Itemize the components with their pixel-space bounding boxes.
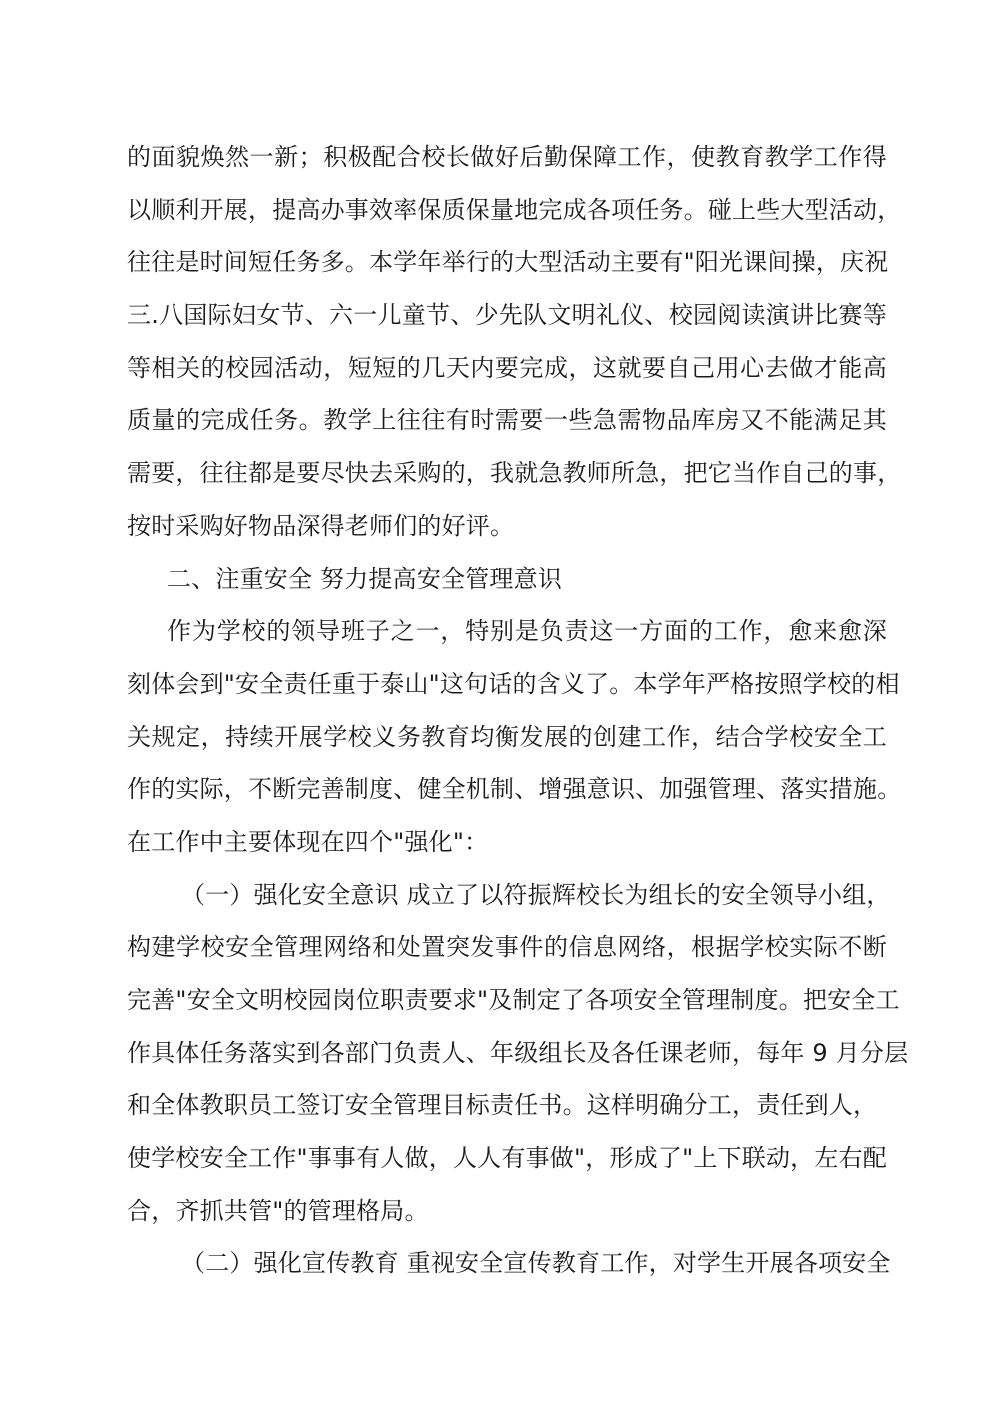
text-line: 等相关的校园活动，短短的几天内要完成，这就要自己用心去做才能高 [127, 342, 887, 395]
text-line: 作具体任务落实到各部门负责人、年级组长及各任课老师，每年 9 月分层 [127, 1027, 887, 1080]
text-line: 在工作中主要体现在四个"强化"： [127, 816, 887, 869]
text-line: 刻体会到"安全责任重于泰山"这句话的含义了。本学年严格按照学校的相 [127, 658, 887, 711]
paragraph-logistics: 的面貌焕然一新；积极配合校长做好后勤保障工作，使教育教学工作得 以顺利开展，提高… [127, 131, 887, 553]
section-heading: 二、注重安全 努力提高安全管理意识 [127, 553, 887, 606]
text-line: 和全体教职员工签订安全管理目标责任书。这样明确分工，责任到人， [127, 1079, 887, 1132]
text-line: 的面貌焕然一新；积极配合校长做好后勤保障工作，使教育教学工作得 [127, 131, 887, 184]
text-line: 作的实际，不断完善制度、健全机制、增强意识、加强管理、落实措施。 [127, 763, 887, 816]
text-line: 三.八国际妇女节、六一儿童节、少先队文明礼仪、校园阅读演讲比赛等 [127, 289, 887, 342]
text-line: 以顺利开展，提高办事效率保质保量地完成各项任务。碰上些大型活动， [127, 184, 887, 237]
paragraph-subsection-1: （一）强化安全意识 成立了以符振辉校长为组长的安全领导小组， 构建学校安全管理网… [127, 869, 887, 1238]
paragraph-section-2-intro: 作为学校的领导班子之一，特别是负责这一方面的工作，愈来愈深 刻体会到"安全责任重… [127, 605, 887, 868]
text-line: 完善"安全文明校园岗位职责要求"及制定了各项安全管理制度。把安全工 [127, 974, 887, 1027]
text-line: 构建学校安全管理网络和处置突发事件的信息网络，根据学校实际不断 [127, 921, 887, 974]
text-line: 按时采购好物品深得老师们的好评。 [127, 500, 887, 553]
subsection-heading-line: （一）强化安全意识 成立了以符振辉校长为组长的安全领导小组， [127, 869, 887, 922]
document-page: 的面貌焕然一新；积极配合校长做好后勤保障工作，使教育教学工作得 以顺利开展，提高… [127, 131, 887, 1290]
paragraph-subsection-2: （二）强化宣传教育 重视安全宣传教育工作，对学生开展各项安全 [127, 1237, 887, 1290]
text-line: 质量的完成任务。教学上往往有时需要一些急需物品库房又不能满足其 [127, 394, 887, 447]
text-line: 往往是时间短任务多。本学年举行的大型活动主要有"阳光课间操，庆祝 [127, 236, 887, 289]
text-line: 使学校安全工作"事事有人做，人人有事做"，形成了"上下联动，左右配 [127, 1132, 887, 1185]
text-line: 关规定，持续开展学校义务教育均衡发展的创建工作，结合学校安全工 [127, 711, 887, 764]
text-line: 合，齐抓共管"的管理格局。 [127, 1185, 887, 1238]
subsection-heading-line: （二）强化宣传教育 重视安全宣传教育工作，对学生开展各项安全 [127, 1237, 887, 1290]
text-line: 作为学校的领导班子之一，特别是负责这一方面的工作，愈来愈深 [127, 605, 887, 658]
text-line: 需要，往往都是要尽快去采购的，我就急教师所急，把它当作自己的事， [127, 447, 887, 500]
